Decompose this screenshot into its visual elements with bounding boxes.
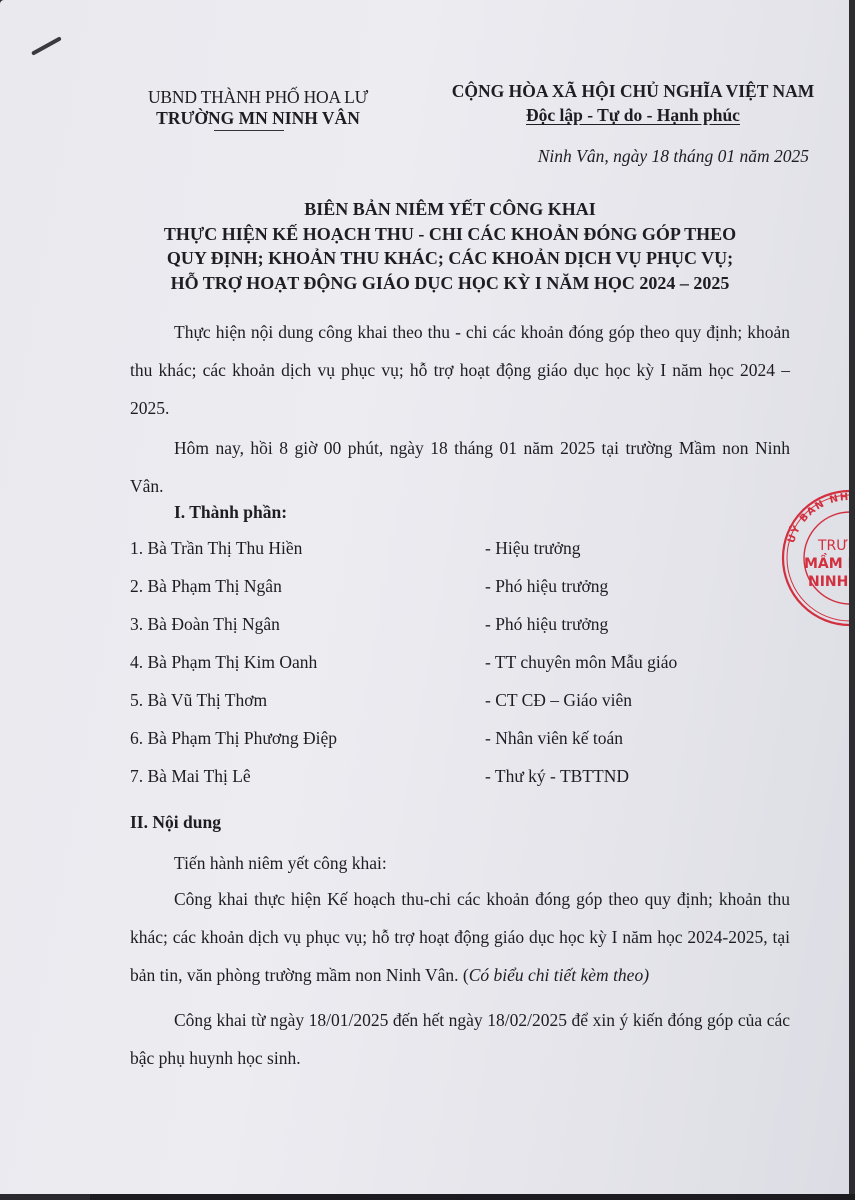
- list-item: 5. Bà Vũ Thị Thơm- CT CĐ – Giáo viên: [130, 690, 730, 728]
- member-role: - Nhân viên kế toán: [485, 728, 623, 749]
- member-name: 3. Bà Đoàn Thị Ngân: [130, 614, 280, 635]
- member-role: - TT chuyên môn Mẫu giáo: [485, 652, 677, 673]
- list-item: 7. Bà Mai Thị Lê- Thư ký - TBTTND: [130, 766, 730, 804]
- list-item: 3. Bà Đoàn Thị Ngân- Phó hiệu trưởng: [130, 614, 730, 652]
- member-name: 2. Bà Phạm Thị Ngân: [130, 576, 282, 597]
- national-motto: Độc lập - Tự do - Hạnh phúc: [448, 103, 818, 127]
- title-line-1: BIÊN BẢN NIÊM YẾT CÔNG KHAI: [120, 197, 780, 222]
- place-date: Ninh Vân, ngày 18 tháng 01 năm 2025: [538, 146, 809, 167]
- member-name: 7. Bà Mai Thị Lê: [130, 766, 251, 787]
- document-page: UBND THÀNH PHỐ HOA LƯ TRƯỜNG MN NINH VÂN…: [0, 0, 849, 1194]
- school-underline: [214, 130, 284, 131]
- school-seal-icon: UỶ BAN NHÂN DÂN THÀNH PHỐ TRƯỜ MẦM N NIN…: [780, 488, 855, 628]
- title-line-4: HỖ TRỢ HOẠT ĐỘNG GIÁO DỤC HỌC KỲ I NĂM H…: [120, 271, 780, 296]
- member-role: - Phó hiệu trưởng: [485, 614, 608, 635]
- content-paragraph-1: Tiến hành niêm yết công khai:: [130, 844, 790, 882]
- title-line-2: THỰC HIỆN KẾ HOẠCH THU - CHI CÁC KHOẢN Đ…: [120, 222, 780, 247]
- section-1-heading: I. Thành phần:: [174, 502, 287, 523]
- intro-paragraph-2: Hôm nay, hồi 8 giờ 00 phút, ngày 18 thán…: [130, 429, 790, 505]
- list-item: 2. Bà Phạm Thị Ngân- Phó hiệu trưởng: [130, 576, 730, 614]
- seal-line-3: NINH V: [808, 574, 855, 590]
- seal-line-2: MẦM N: [804, 553, 855, 572]
- document-title: BIÊN BẢN NIÊM YẾT CÔNG KHAI THỰC HIỆN KẾ…: [120, 197, 780, 295]
- member-role: - Phó hiệu trưởng: [485, 576, 608, 597]
- agency-name: UBND THÀNH PHỐ HOA LƯ: [138, 87, 378, 108]
- section-2-heading: II. Nội dung: [130, 812, 221, 833]
- members-list: 1. Bà Trần Thị Thu Hiền- Hiệu trưởng 2. …: [130, 538, 730, 804]
- pen-mark: [31, 36, 62, 55]
- member-role: - Thư ký - TBTTND: [485, 766, 629, 787]
- national-header: CỘNG HÒA XÃ HỘI CHỦ NGHĨA VIỆT NAM Độc l…: [448, 79, 818, 127]
- member-name: 5. Bà Vũ Thị Thơm: [130, 690, 267, 711]
- page-edge-bottom: [90, 1194, 855, 1200]
- list-item: 1. Bà Trần Thị Thu Hiền- Hiệu trưởng: [130, 538, 730, 576]
- school-name: TRƯỜNG MN NINH VÂN: [138, 108, 378, 129]
- issuing-agency-block: UBND THÀNH PHỐ HOA LƯ TRƯỜNG MN NINH VÂN: [138, 87, 378, 129]
- member-name: 4. Bà Phạm Thị Kim Oanh: [130, 652, 317, 673]
- list-item: 6. Bà Phạm Thị Phương Điệp- Nhân viên kế…: [130, 728, 730, 766]
- title-line-3: QUY ĐỊNH; KHOẢN THU KHÁC; CÁC KHOẢN DỊCH…: [120, 246, 780, 271]
- member-name: 6. Bà Phạm Thị Phương Điệp: [130, 728, 337, 749]
- content-paragraph-3: Công khai từ ngày 18/01/2025 đến hết ngà…: [130, 1001, 790, 1077]
- list-item: 4. Bà Phạm Thị Kim Oanh- TT chuyên môn M…: [130, 652, 730, 690]
- intro-paragraph-1: Thực hiện nội dung công khai theo thu - …: [130, 313, 790, 427]
- attachment-note: Có biểu chi tiết kèm theo): [469, 965, 649, 985]
- member-name: 1. Bà Trần Thị Thu Hiền: [130, 538, 302, 559]
- nation-name: CỘNG HÒA XÃ HỘI CHỦ NGHĨA VIỆT NAM: [448, 79, 818, 103]
- member-role: - Hiệu trưởng: [485, 538, 581, 559]
- page-edge-right: [849, 0, 855, 1200]
- member-role: - CT CĐ – Giáo viên: [485, 690, 632, 711]
- content-paragraph-2: Công khai thực hiện Kế hoạch thu-chi các…: [130, 880, 790, 994]
- content-paragraph-2-text: Công khai thực hiện Kế hoạch thu-chi các…: [130, 889, 790, 985]
